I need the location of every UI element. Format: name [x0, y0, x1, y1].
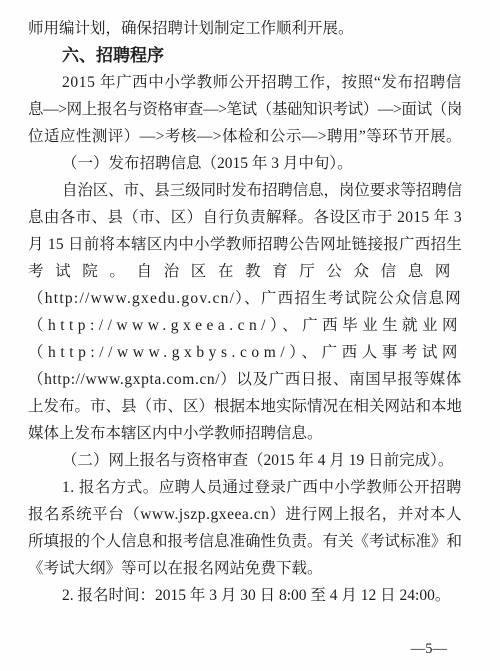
text-line: 报名系统平台（www.jszp.gxeea.cn）进行网上报名，并对本人	[28, 501, 462, 528]
section-heading: 六、招聘程序	[28, 42, 462, 69]
text-line: 媒体上发布本辖区内中小学教师招聘信息。	[28, 420, 462, 447]
line-text: 考试院。自治区在教育厅公众信息网	[28, 263, 462, 280]
text-line: （http://www.gxpta.com.cn/）以及广西日报、南国早报等媒体	[28, 366, 462, 393]
text-line: 自治区、市、县三级同时发布招聘信息，岗位要求等招聘信	[28, 177, 462, 204]
text-line: 位适应性测评）—>考核—>体检和公示—>聘用”等环节开展。	[28, 123, 462, 150]
paragraph-indent	[28, 464, 62, 465]
line-text: （http://www.gxeea.cn/）、广西毕业生就业网	[28, 317, 462, 334]
text-line: 息—>网上报名与资格审查—>笔试（基础知识考试）—>面试（岗	[28, 96, 462, 123]
line-text: 《考试大纲》等可以在报名网站免费下载。	[28, 560, 323, 577]
paragraph-indent	[28, 60, 62, 61]
line-text: 六、招聘程序	[62, 46, 164, 65]
text-line: 所填报的个人信息和报考信息准确性负责。有关《考试标准》和	[28, 528, 462, 555]
paragraph-indent	[28, 194, 62, 195]
text-line: 师用编计划，确保招聘计划制定工作顺利开展。	[28, 15, 462, 42]
line-text: 2. 报名时间：2015 年 3 月 30 日 8:00 至 4 月 12 日 …	[62, 587, 450, 604]
line-text: 息由各市、县（市、区）自行负责解释。各设区市于 2015 年 3	[28, 209, 462, 226]
text-line: 2015 年广西中小学教师公开招聘工作，按照“发布招聘信	[28, 69, 462, 96]
text-line: （http://www.gxbys.com/）、广西人事考试网	[28, 339, 462, 366]
text-line: 《考试大纲》等可以在报名网站免费下载。	[28, 555, 462, 582]
line-text: 1. 报名方式。应聘人员通过登录广西中小学教师公开招聘	[62, 479, 462, 496]
text-line: 1. 报名方式。应聘人员通过登录广西中小学教师公开招聘	[28, 474, 462, 501]
paragraph-indent	[28, 599, 62, 600]
paragraph-indent	[28, 167, 62, 168]
line-text: （http://www.gxpta.com.cn/）以及广西日报、南国早报等媒体	[28, 371, 462, 388]
document-body: 师用编计划，确保招聘计划制定工作顺利开展。六、招聘程序2015 年广西中小学教师…	[28, 15, 462, 609]
paragraph-indent	[28, 86, 62, 87]
text-line: 月 15 日前将本辖区内中小学教师招聘公告网址链接报广西招生	[28, 231, 462, 258]
line-text: （一）发布招聘信息（2015 年 3 月中旬）。	[62, 155, 353, 172]
line-text: 报名系统平台（www.jszp.gxeea.cn）进行网上报名，并对本人	[28, 506, 462, 523]
text-line: （一）发布招聘信息（2015 年 3 月中旬）。	[28, 150, 462, 177]
line-text: 所填报的个人信息和报考信息准确性负责。有关《考试标准》和	[28, 533, 462, 550]
text-line: （http://www.gxeea.cn/）、广西毕业生就业网	[28, 312, 462, 339]
document-page: 师用编计划，确保招聘计划制定工作顺利开展。六、招聘程序2015 年广西中小学教师…	[0, 0, 500, 671]
line-text: 自治区、市、县三级同时发布招聘信息，岗位要求等招聘信	[62, 182, 462, 199]
paragraph-indent	[28, 491, 62, 492]
line-text: 月 15 日前将本辖区内中小学教师招聘公告网址链接报广西招生	[28, 236, 462, 253]
line-text: 2015 年广西中小学教师公开招聘工作，按照“发布招聘信	[62, 74, 462, 91]
text-line: （http://www.gxedu.gov.cn/）、广西招生考试院公众信息网	[28, 285, 462, 312]
line-text: （二）网上报名与资格审查（2015 年 4 月 19 日前完成）。	[62, 452, 453, 469]
line-text: 媒体上发布本辖区内中小学教师招聘信息。	[28, 425, 323, 442]
line-text: 息—>网上报名与资格审查—>笔试（基础知识考试）—>面试（岗	[28, 101, 462, 118]
page-number: —5—	[411, 640, 447, 658]
text-line: 上发布。市、县（市、区）根据本地实际情况在相关网站和本地	[28, 393, 462, 420]
line-text: 上发布。市、县（市、区）根据本地实际情况在相关网站和本地	[28, 398, 462, 415]
line-text: 位适应性测评）—>考核—>体检和公示—>聘用”等环节开展。	[28, 128, 462, 145]
line-text: （http://www.gxedu.gov.cn/）、广西招生考试院公众信息网	[28, 290, 462, 307]
line-text: 师用编计划，确保招聘计划制定工作顺利开展。	[28, 20, 354, 37]
text-line: 息由各市、县（市、区）自行负责解释。各设区市于 2015 年 3	[28, 204, 462, 231]
text-line: 考试院。自治区在教育厅公众信息网	[28, 258, 462, 285]
text-line: （二）网上报名与资格审查（2015 年 4 月 19 日前完成）。	[28, 447, 462, 474]
line-text: （http://www.gxbys.com/）、广西人事考试网	[28, 344, 462, 361]
text-line: 2. 报名时间：2015 年 3 月 30 日 8:00 至 4 月 12 日 …	[28, 582, 462, 609]
